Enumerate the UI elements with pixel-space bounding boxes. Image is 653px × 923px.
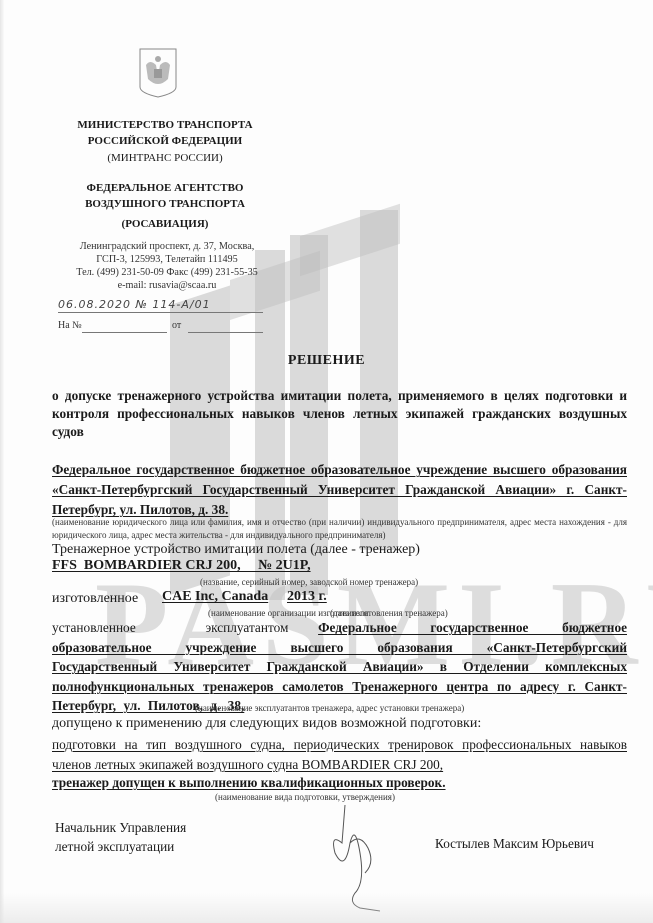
phone-line: Тел. (499) 231-50-09 Факс (499) 231-55-3… — [42, 266, 292, 280]
document-page: PASMI.RU МИНИСТЕРСТВО ТРАНСПОРТА РОССИЙС… — [0, 0, 653, 923]
address-line-2: ГСП-3, 125993, Телетайп 111495 — [42, 253, 292, 267]
na-no-line — [82, 331, 167, 333]
operator-note: (наименование эксплуатантов тренажера, а… — [195, 703, 464, 713]
na-no-label: На № — [58, 320, 82, 331]
email-line: e-mail: rusavia@scaa.ru — [42, 279, 292, 293]
ministry-short: (МИНТРАНС РОССИИ) — [60, 150, 270, 166]
ot-label: от — [172, 320, 181, 331]
admitted-intro: допущено к применению для следующих видо… — [52, 716, 481, 732]
device-note: (название, серийный номер, заводской ном… — [200, 577, 418, 587]
manufacture-date-note: (дата изготовления тренажера) — [330, 608, 448, 618]
position-line-2: летной эксплуатации — [55, 837, 186, 856]
device-name: FFS BOMBARDIER CRJ 200, № 2U1P, — [52, 558, 311, 574]
training-types: подготовки на тип воздушного судна, пери… — [52, 735, 627, 775]
manufacturer: CAE Inc, Canada — [162, 589, 268, 605]
manufacture-year: 2013 г. — [287, 589, 327, 605]
reference-line — [58, 311, 263, 313]
legal-entity: Федеральное государственное бюджетное об… — [52, 460, 627, 520]
qualification: тренажер допущен к выполнению квалификац… — [52, 775, 446, 791]
ministry-name-2: РОССИЙСКОЙ ФЕДЕРАЦИИ — [60, 133, 270, 149]
outgoing-reference: 06.08.2020 № 114-А/01 — [58, 298, 211, 311]
address-line-1: Ленинградский проспект, д. 37, Москва, — [42, 240, 292, 254]
manufactured-label: изготовленное — [52, 591, 138, 607]
ministry-name-1: МИНИСТЕРСТВО ТРАНСПОРТА — [60, 117, 270, 133]
agency-name-2: ВОЗДУШНОГО ТРАНСПОРТА — [60, 196, 270, 212]
signatory-name: Костылев Максим Юрьевич — [435, 836, 594, 852]
training-note: (наименование вида подготовки, утвержден… — [215, 792, 395, 802]
ot-line — [188, 331, 263, 333]
document-title: РЕШЕНИЕ — [0, 353, 653, 369]
agency-short: (РОСАВИАЦИЯ) — [60, 216, 270, 232]
position-line-1: Начальник Управления — [55, 818, 186, 837]
coat-of-arms-icon — [138, 47, 178, 99]
signatory-position: Начальник Управления летной эксплуатации — [55, 818, 186, 856]
legal-entity-note: (наименование юридического лица или фами… — [52, 516, 627, 541]
scan-edge — [0, 0, 4, 923]
scan-shadow — [0, 893, 653, 923]
agency-name-1: ФЕДЕРАЛЬНОЕ АГЕНТСТВО — [60, 180, 270, 196]
document-subject: о допуске тренажерного устройства имитац… — [52, 387, 627, 441]
device-intro: Тренажерное устройство имитации полета (… — [52, 542, 420, 558]
operator-label: установленное эксплуатантом — [52, 620, 288, 635]
operator-block: установленное эксплуатантом Федеральное … — [52, 618, 627, 716]
